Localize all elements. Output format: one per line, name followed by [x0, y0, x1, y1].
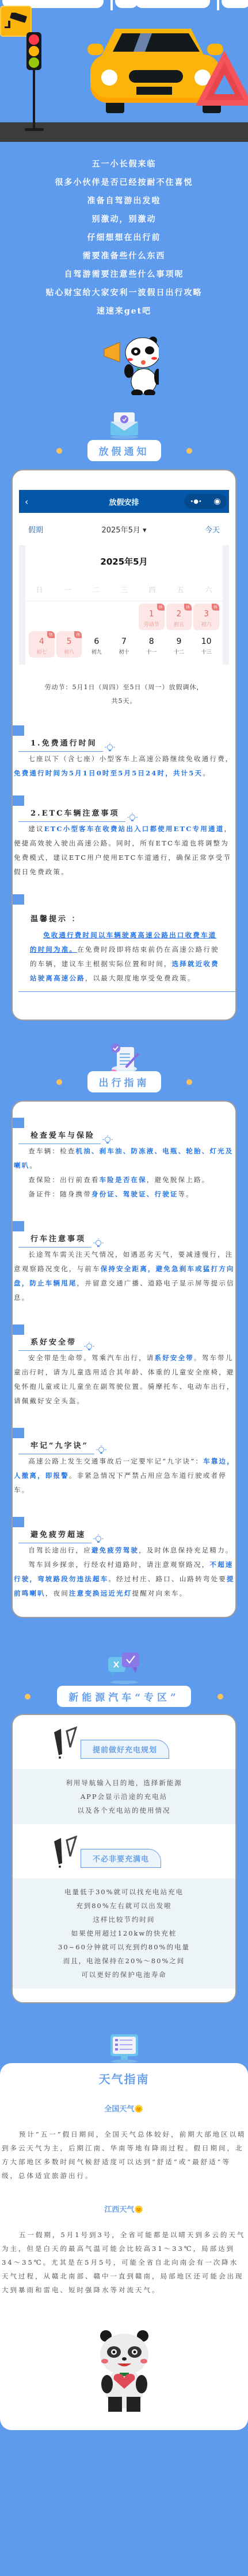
calendar-days: 休1劳动节休2初五休3初六休4初七休5初八6初九7初十8十一9十二10十三 [25, 601, 223, 665]
panda-heart-image [2, 2329, 246, 2413]
security-camera-icon [0, 6, 32, 37]
item-body: 安全带是生命带。驾乘汽车出行，请系好安全带。驾车带儿童出行时，请为儿童选用适合其… [13, 1351, 235, 1408]
text-line: 30~60分钟就可以充到约80%的电量 [13, 1940, 235, 1954]
weekday: 一 [54, 585, 82, 594]
jiangxi-weather-text: 五一假期，5月1号到3号，全省可能都是以晴天到多云的天气为主，但是白天的最高气温… [2, 2228, 246, 2297]
mini-app-capsule: •●• ◉ [184, 494, 227, 509]
text-line: 如果使用超过120kw的快充桩 [13, 1926, 235, 1940]
guide-item: 检查爱车与保险查车辆：检查机油、刹车油、防冻液、电瓶、轮胎、灯光及喇叭。查保险：… [13, 1113, 235, 1202]
footer-strip [0, 2430, 248, 2444]
text-line: APP会显示沿途的充电站 [13, 1790, 235, 1803]
newenergy-items: 提前做好充电规划利用导航输入目的地，选择新能源APP会显示沿途的充电站以及各个充… [13, 1715, 235, 1988]
guide-card: 检查爱车与保险查车辆：检查机油、刹车油、防冻液、电瓶、轮胎、灯光及喇叭。查保险：… [12, 1100, 236, 1618]
holiday-calendar-screenshot: ‹ 放假安排 •●• ◉ 假期 2025年5月 ▾ 今天 2025年5月 日 一 [19, 490, 229, 665]
calendar-empty-cell [111, 604, 137, 630]
bullet-square [13, 1118, 24, 1128]
guide-items: 检查爱车与保险查车辆：检查机油、刹车油、防冻液、电瓶、轮胎、灯光及喇叭。查保险：… [13, 1113, 235, 1601]
traffic-light-base [25, 128, 44, 131]
item-title: 牢记“九字诀” [18, 1438, 94, 1454]
chat-check-icon [0, 1652, 248, 1685]
note-line: 劳动节：5月1日（周四）至5日（周一）放假调休， [18, 681, 230, 694]
item-title: 1.免费通行时间 [18, 736, 103, 752]
weekday-header: 日 一 二 三 四 五 六 [25, 578, 223, 601]
text-line: 而且，电池保持在20%～80%之间 [13, 1954, 235, 1968]
item-body: 查保险：出行前查看车险是否在保，避免脱保上路。 [13, 1173, 235, 1187]
text-line: 可以更好的保护电池寿命 [13, 1968, 235, 1982]
item-label: 不必非要充满电 [81, 1849, 161, 1868]
calendar-day[interactable]: 8十一 [139, 631, 165, 658]
intro-line: 仔细想想在出行前 [0, 229, 248, 247]
section-header-newenergy: 新能源汽车“专区” [0, 1652, 248, 1707]
guide-item: 系好安全带安全带是生命带。驾乘汽车出行，请系好安全带。驾车带儿童出行时，请为儿童… [13, 1320, 235, 1408]
calendar-day[interactable]: 10十三 [193, 631, 219, 658]
bullet-square [13, 795, 24, 806]
calendar-day[interactable]: 休3初六 [193, 604, 219, 630]
lunar-date: 初七 [29, 648, 55, 655]
holiday-note: 劳动节：5月1日（周四）至5日（周一）放假调休， 共5天。 [13, 665, 235, 721]
day-number: 4 [29, 637, 55, 646]
intro-text: 五一小长假来临 很多小伙伴是否已经按耐不住喜悦 准备自驾游出发啦 别激动，别激动… [0, 149, 248, 320]
text: 建议 [28, 825, 44, 833]
calendar-day[interactable]: 9十二 [166, 631, 192, 658]
national-weather-title: 全国天气🌞 [2, 2103, 246, 2114]
weather-card: 天气指南 全国天气🌞 预计“五一”假日期间，全国天气总体较好，前期大部地区以晴到… [0, 2063, 248, 2430]
highlight-text: 注意变换远近光灯 [69, 1589, 132, 1597]
bullet-square [13, 1324, 24, 1335]
warning-triangle-icon [196, 51, 248, 110]
bullet-square [13, 725, 24, 736]
bullet-square [13, 1428, 24, 1438]
intro-line: 五一小长假来临 [0, 155, 248, 173]
text: 。经过村庄、路口、山路转弯处要 [108, 1575, 227, 1583]
lunar-date: 初十 [111, 648, 137, 655]
day-number: 1 [139, 609, 165, 619]
page: 五一小长假来临 很多小伙伴是否已经按耐不住喜悦 准备自驾游出发啦 别激动，别激动… [0, 0, 248, 2444]
monitor-checklist-icon [0, 2034, 248, 2063]
text: ，避免脱保上路。 [147, 1176, 210, 1184]
decor-dot [56, 1079, 62, 1085]
lunar-date: 十三 [193, 648, 219, 655]
newenergy-card: 提前做好充电规划利用导航输入目的地，选择新能源APP会显示沿途的充电站以及各个充… [12, 1714, 236, 2003]
lunar-date: 初八 [56, 648, 82, 655]
highlight-text: ETC小型客车在收费站出入口都使用ETC专用通道 [44, 825, 224, 833]
notice-card: ‹ 放假安排 •●• ◉ 假期 2025年5月 ▾ 今天 2025年5月 日 一 [12, 469, 236, 1021]
day-number: 8 [139, 637, 165, 646]
month-selector[interactable]: 2025年5月 ▾ [101, 524, 146, 535]
calendar-toolbar: 假期 2025年5月 ▾ 今天 [19, 513, 229, 545]
section-header-guide: 出行指南 [0, 1044, 248, 1092]
text-line: 电量低于30%就可以找充电站充电 [13, 1885, 235, 1899]
target-circle-icon[interactable]: ◉ [213, 497, 220, 506]
text: 驾车回乡探亲，行经农村道路时，请注意观察路况， [28, 1561, 209, 1569]
weekday: 二 [82, 585, 110, 594]
text-line: 利用导航输入目的地，选择新能源 [13, 1776, 235, 1790]
newenergy-item: 不必非要充满电电量低于30%就可以找充电站充电充到80%左右就可以出发啦这样比较… [13, 1824, 235, 1988]
decor-dot [186, 448, 192, 454]
text: 等。 [178, 1190, 194, 1198]
item-label: 提前做好充电规划 [81, 1740, 169, 1759]
lunar-date: 初六 [193, 620, 219, 628]
section-header-weather [0, 2034, 248, 2063]
day-number: 7 [111, 637, 137, 646]
item-body: 七座以下（含七座）小型客车上高速公路继续免收通行费，免费通行时间为5月1日0时至… [13, 752, 235, 781]
calendar-month-title: 2025年5月 [25, 555, 223, 578]
exclamation-brush-icon [53, 1727, 78, 1759]
text: 高速公路上发生交通事故后一定要牢记“九字诀”： [28, 1457, 203, 1465]
intro-line: 速速来get吧 [0, 302, 248, 320]
section-title: 新能源汽车“专区” [57, 1686, 191, 1707]
lunar-date: 初九 [83, 648, 109, 655]
decor-dot [25, 1694, 30, 1700]
tip-body: 免收通行费时间以车辆驶离高速公路出口收费车道的时间为准。在免费时段即将结束前仍在… [30, 928, 220, 986]
holiday-badge: 休 [47, 631, 55, 638]
text-line: 这样比较节约时间 [13, 1913, 235, 1926]
text: 。 [203, 769, 211, 777]
item-body: 长途驾车需关注天气情况，如遇恶劣天气，要减速慢行，注意观察路况变化，与前车保持安… [13, 1248, 235, 1305]
item-body: 高速公路上发生交通事故后一定要牢记“九字诀”：车靠边，人撤离，即报警。非紧急情况… [13, 1454, 235, 1497]
traffic-light-icon [26, 32, 41, 70]
highlight-text: 系好安全带 [155, 1354, 194, 1362]
intro-line: 自驾游需要注意些什么事项呢 [0, 265, 248, 284]
notice-item: 2.ETC车辆注意事项 建议ETC小型客车在收费站出入口都使用ETC专用通道，便… [13, 791, 235, 879]
today-link[interactable]: 今天 [205, 524, 220, 535]
exclamation-brush-icon [53, 1836, 78, 1868]
tip-block: 温馨提示 ： 免收通行费时间以车辆驶离高速公路出口收费车道的时间为准。在免费时段… [13, 890, 235, 992]
calendar-day[interactable]: 休2初五 [166, 604, 192, 630]
weekday: 五 [166, 585, 194, 594]
lunar-date: 十二 [166, 648, 192, 655]
holiday-link[interactable]: 假期 [28, 524, 43, 535]
item-body: 驾车回乡探亲，行经农村道路时，请注意观察路况，不超速行驶，弯坡路段勿违法超车。经… [13, 1558, 235, 1601]
day-number: 5 [56, 637, 82, 646]
section-title: 放假通知 [87, 440, 161, 461]
item-title: 系好安全带 [18, 1335, 82, 1351]
bullet-square [13, 894, 24, 905]
day-number: 2 [166, 609, 192, 619]
item-title: 行车注意事项 [18, 1231, 91, 1248]
lunar-date: 十一 [139, 648, 165, 655]
envelope-check-icon [0, 412, 248, 439]
holiday-badge: 休 [74, 631, 82, 638]
intro-line: 别激动，别激动 [0, 210, 248, 229]
item-body: 查车辆：检查机油、刹车油、防冻液、电瓶、轮胎、灯光及喇叭。 [13, 1144, 235, 1173]
item-title: 检查爱车与保险 [18, 1128, 101, 1144]
item-title: 避免疲劳超速 [18, 1527, 91, 1543]
lunar-date: 初五 [166, 620, 192, 628]
guide-item: 牢记“九字诀”高速公路上发生交通事故后一定要牢记“九字诀”：车靠边，人撤离，即报… [13, 1423, 235, 1497]
guide-item: 行车注意事项长途驾车需关注天气情况，如遇恶劣天气，要减速慢行，注意观察路况变化，… [13, 1216, 235, 1305]
lunar-date: 劳动节 [139, 620, 165, 628]
text: 备证件：随身携带 [28, 1190, 91, 1198]
calendar-day[interactable]: 休1劳动节 [139, 604, 165, 630]
item-body: 建议ETC小型客车在收费站出入口都使用ETC专用通道，便捷高效驶入驶出高速公路。… [13, 822, 235, 879]
notice-item: 1.免费通行时间 七座以下（含七座）小型客车上高速公路继续免收通行费，免费通行时… [13, 721, 235, 781]
panda-megaphone-image [0, 326, 248, 401]
day-number: 9 [166, 637, 192, 646]
text: 安全带是生命带。驾乘汽车出行，请 [28, 1354, 154, 1362]
item-body: 备证件：随身携带身份证、驾驶证、行驶证等。 [13, 1187, 235, 1202]
document-pen-icon [0, 1044, 248, 1070]
jiangxi-weather-title: 江西天气🌞 [2, 2203, 246, 2214]
text: ，夜间 [45, 1589, 69, 1597]
item-text: 电量低于30%就可以找充电站充电充到80%左右就可以出发啦这样比较节约时间如果使… [13, 1878, 235, 1988]
section-title: 出行指南 [87, 1071, 161, 1092]
tip-title: 温馨提示 ： [13, 905, 235, 924]
text: 自驾长途出行，应 [28, 1546, 91, 1554]
day-number: 10 [193, 637, 219, 646]
text: 查保险：出行前查看 [28, 1176, 99, 1184]
calendar-empty-cell [56, 604, 82, 630]
road [0, 122, 248, 142]
cloud-icon [0, 0, 248, 10]
mini-app-navbar: ‹ 放假安排 •●• ◉ [19, 490, 229, 513]
intro-line: 准备自驾游出发啦 [0, 192, 248, 210]
bullet-square [13, 1517, 24, 1527]
weekday: 日 [25, 585, 54, 594]
weekday: 四 [138, 585, 166, 594]
highlight-text: 避免疲劳驾驶 [91, 1546, 139, 1554]
calendar-day[interactable]: 休4初七 [29, 631, 55, 658]
guide-item: 避免疲劳超速自驾长途出行，应避免疲劳驾驶，及时休息保持充足精力。驾车回乡探亲，行… [13, 1512, 235, 1601]
hero-illustration [0, 0, 248, 149]
section-title: 天气指南 [2, 2070, 246, 2087]
traffic-light-pole [33, 69, 35, 129]
intro-line: 贴心财宝给大家安利一波假日出行攻略 [0, 284, 248, 302]
text-line: 以及各个充电站的使用情况 [13, 1803, 235, 1817]
holiday-badge: 休 [184, 604, 192, 611]
highlight-text: 免费通行时间为5月1日0时至5月5日24时，共计5天 [14, 769, 203, 777]
text: 。 [29, 1161, 37, 1169]
newenergy-item: 提前做好充电规划利用导航输入目的地，选择新能源APP会显示沿途的充电站以及各个充… [13, 1715, 235, 1824]
text: 查车辆：检查 [28, 1147, 75, 1155]
decor-dot [56, 448, 62, 454]
more-dots-icon[interactable]: •●• [190, 499, 202, 505]
calendar-empty-cell [83, 604, 109, 630]
holiday-badge: 休 [212, 604, 219, 611]
item-text: 利用导航输入目的地，选择新能源APP会显示沿途的充电站以及各个充电站的使用情况 [13, 1769, 235, 1824]
text: ，及时休息保持充足精力。 [139, 1546, 233, 1554]
calendar: 2025年5月 日 一 二 三 四 五 六 休1劳动节休2初五休3初六休4初七休… [25, 545, 223, 665]
decor-dot [218, 1694, 223, 1700]
text: 七座以下（含七座）小型客车上高速公路继续免收通行费， [28, 755, 233, 763]
decor-dot [186, 1079, 192, 1085]
calendar-day[interactable]: 6初九 [83, 631, 109, 658]
weekday: 六 [194, 585, 223, 594]
holiday-badge: 休 [157, 604, 165, 611]
calendar-day[interactable]: 休5初八 [56, 631, 82, 658]
calendar-empty-cell [29, 604, 55, 630]
national-weather-text: 预计“五一”假日期间，全国天气总体较好，前期大部地区以晴到多云天气为主，后期江南… [2, 2127, 246, 2183]
intro-line: 需要准备些什么东西 [0, 247, 248, 265]
note-line: 共5天。 [18, 694, 230, 708]
text-line: 充到80%左右就可以出发啦 [13, 1899, 235, 1913]
day-number: 6 [83, 637, 109, 646]
calendar-day[interactable]: 7初十 [111, 631, 137, 658]
intro-line: 很多小伙伴是否已经按耐不住喜悦 [0, 173, 248, 192]
weekday: 三 [110, 585, 138, 594]
text: ，以最大限度地享受免费政策。 [85, 974, 196, 982]
item-body: 自驾长途出行，应避免疲劳驾驶，及时休息保持充足精力。 [13, 1543, 235, 1558]
bullet-square [13, 1221, 24, 1231]
text: 提醒对向来车。 [132, 1589, 188, 1597]
item-title: 2.ETC车辆注意事项 [18, 806, 125, 822]
highlight-text: 身份证、驾驶证、行驶证 [91, 1190, 178, 1198]
day-number: 3 [193, 609, 219, 619]
highlight-text: 车险是否在保 [100, 1176, 147, 1184]
section-header-notice: 放假通知 [0, 412, 248, 461]
